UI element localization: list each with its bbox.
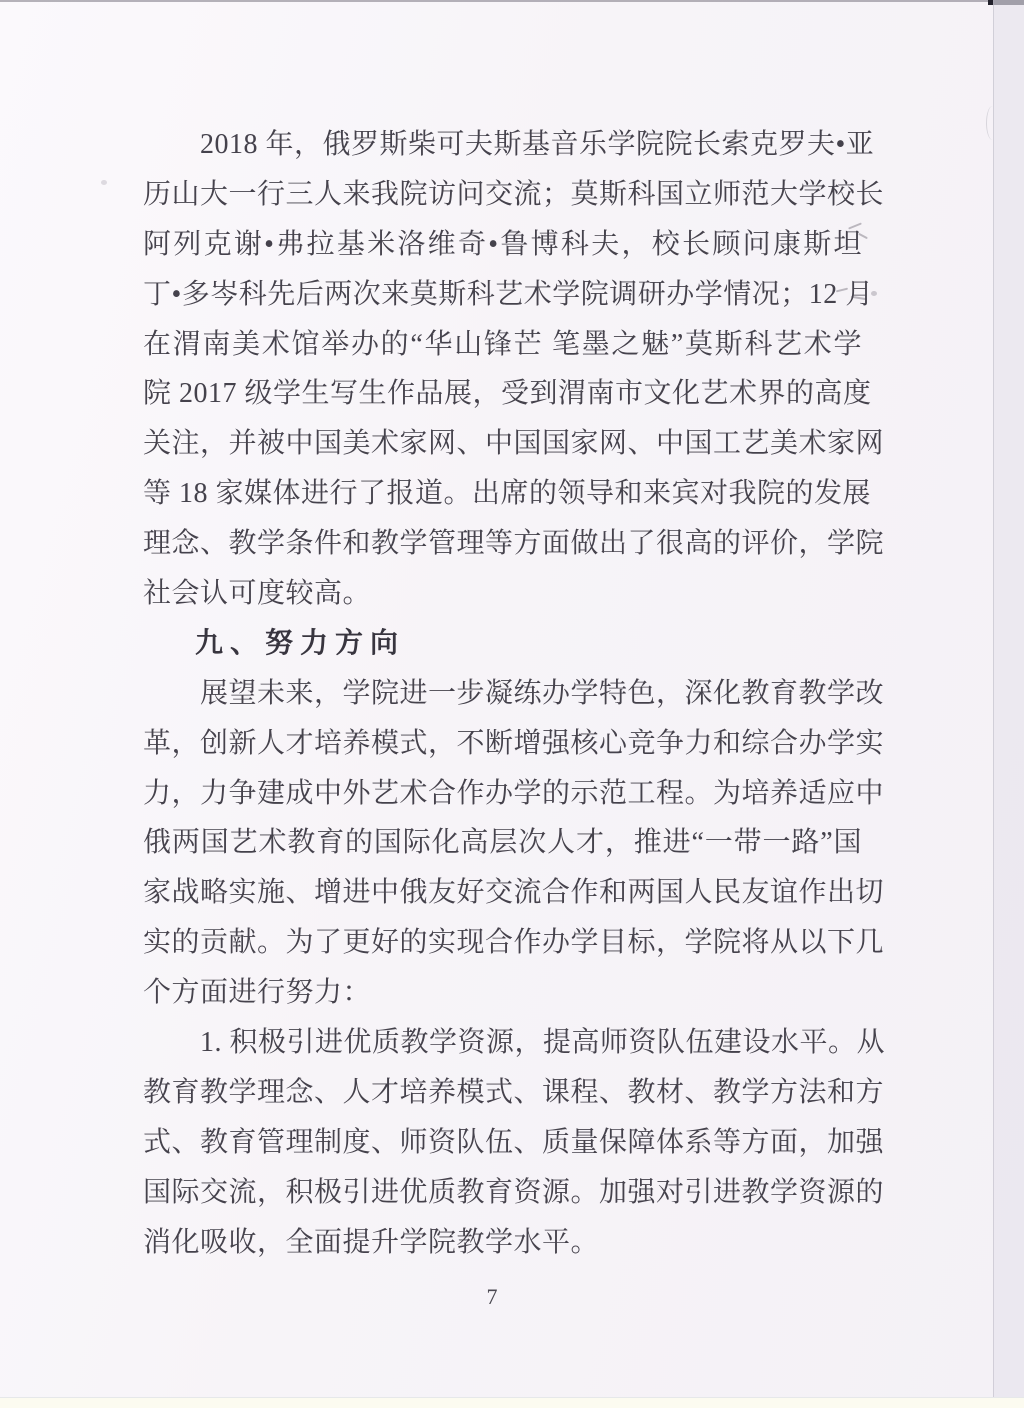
paragraph-3-line-2: 教育教学理念、人才培养模式、课程、教材、教学方法和方 [143, 1068, 862, 1118]
scanned-document-page: 2018 年，俄罗斯柴可夫斯基音乐学院院长索克罗夫•亚 历山大一行三人来我院访问… [0, 0, 1024, 1408]
paragraph-1-line-1: 2018 年，俄罗斯柴可夫斯基音乐学院院长索克罗夫•亚 [143, 120, 862, 170]
section-heading: 九、努力方向 [143, 619, 862, 669]
paper-edge-shadow [993, 0, 1024, 1408]
paragraph-2-line-7: 个方面进行努力： [143, 968, 862, 1018]
scan-edge-bottom [0, 1397, 1024, 1408]
paragraph-2-line-2: 革，创新人才培养模式，不断增强核心竞争力和综合办学实 [143, 719, 862, 769]
paragraph-3-line-5: 消化吸收，全面提升学院教学水平。 [143, 1218, 862, 1268]
paragraph-1-line-9: 理念、教学条件和教学管理等方面做出了很高的评价，学院 [143, 519, 862, 569]
scan-smudge [101, 180, 107, 185]
paragraph-2-line-3: 力，力争建成中外艺术合作办学的示范工程。为培养适应中 [143, 769, 862, 819]
paragraph-3-line-1: 1. 积极引进优质教学资源，提高师资队伍建设水平。从 [143, 1018, 862, 1068]
paper-crease [986, 106, 999, 140]
paragraph-1-line-5: 在渭南美术馆举办的“华山锋芒 笔墨之魅”莫斯科艺术学 [143, 320, 862, 370]
paragraph-3-line-4: 国际交流，积极引进优质教育资源。加强对引进教学资源的 [143, 1168, 862, 1218]
paragraph-2-line-5: 家战略实施、增进中俄友好交流合作和两国人民友谊作出切 [143, 868, 862, 918]
paragraph-3-line-3: 式、教育管理制度、师资队伍、质量保障体系等方面，加强 [143, 1118, 862, 1168]
paragraph-1-line-8: 等 18 家媒体进行了报道。出席的领导和来宾对我院的发展 [143, 469, 862, 519]
paragraph-2-line-6: 实的贡献。为了更好的实现合作办学目标，学院将从以下几 [143, 918, 862, 968]
paragraph-1-line-6: 院 2017 级学生写生作品展，受到渭南市文化艺术界的高度 [143, 369, 862, 419]
paragraph-2-line-1: 展望未来，学院进一步凝练办学特色，深化教育教学改 [143, 669, 862, 719]
paragraph-1-line-10: 社会认可度较高。 [143, 569, 862, 619]
paragraph-2-line-4: 俄两国艺术教育的国际化高层次人才，推进“一带一路”国 [143, 818, 862, 868]
paragraph-1-line-7: 关注，并被中国美术家网、中国国家网、中国工艺美术家网 [143, 419, 862, 469]
page-number: 7 [478, 1284, 506, 1310]
document-body: 2018 年，俄罗斯柴可夫斯基音乐学院院长索克罗夫•亚 历山大一行三人来我院访问… [143, 120, 862, 1267]
paragraph-1-line-3: 阿列克谢•弗拉基米洛维奇•鲁博科夫，校长顾问康斯坦 [143, 220, 862, 270]
scan-edge-top [0, 0, 1024, 2]
paragraph-1-line-2: 历山大一行三人来我院访问交流；莫斯科国立师范大学校长 [143, 170, 862, 220]
paragraph-1-line-4: 丁•多岑科先后两次来莫斯科艺术学院调研办学情况；12 月 [143, 270, 862, 320]
